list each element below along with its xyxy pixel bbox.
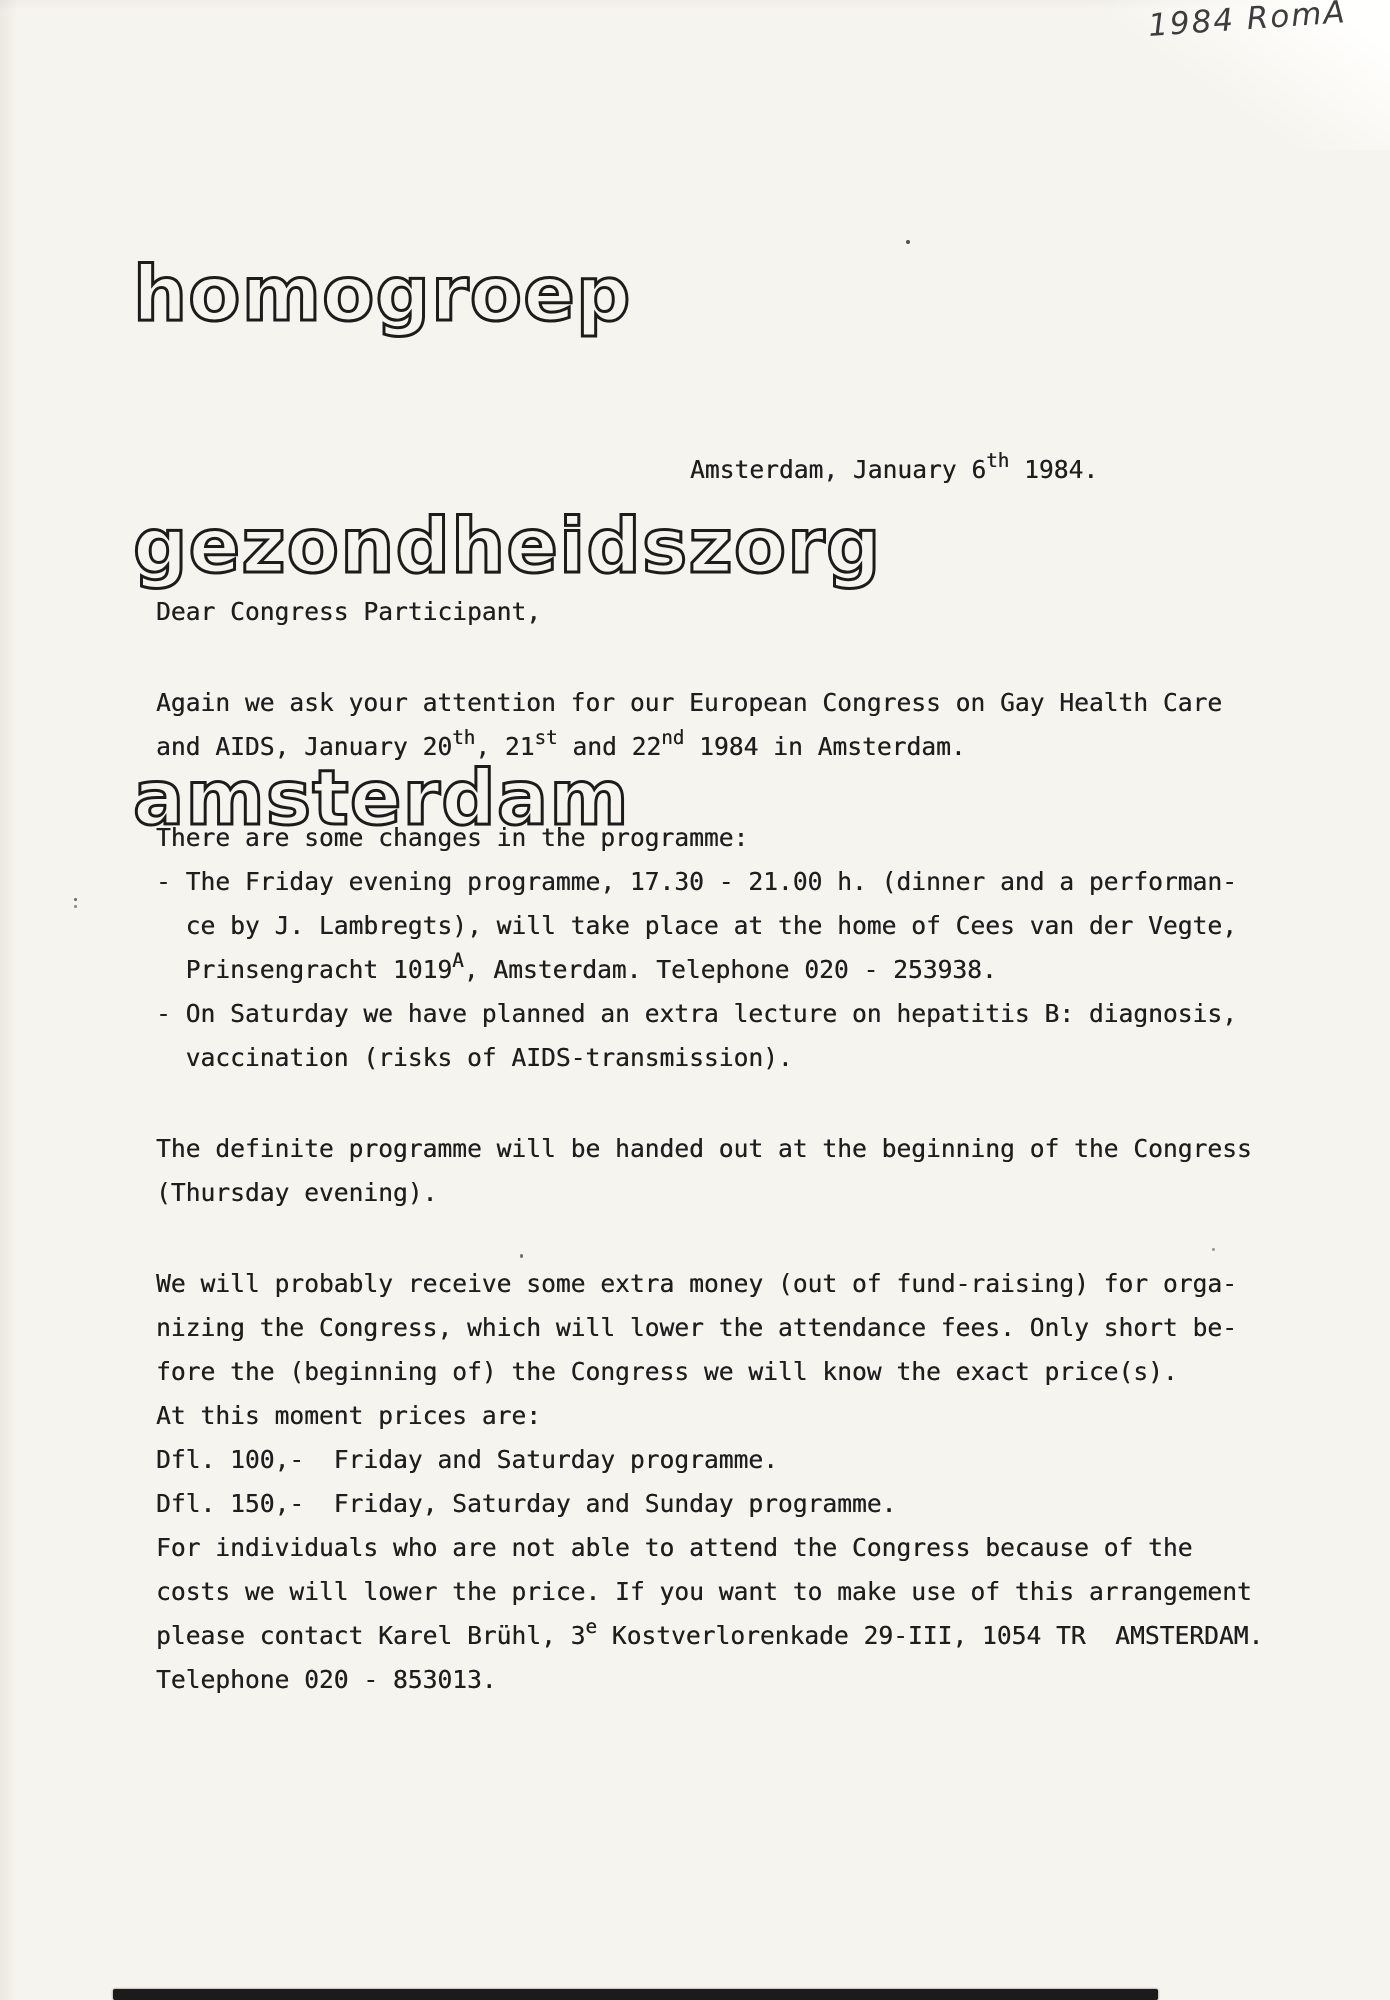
body-line: costs we will lower the price. If you wa… (156, 1570, 1263, 1614)
intro-paragraph: Again we ask your attention for our Euro… (156, 681, 1263, 769)
scanned-letter-page: 1984 RomA homogroep gezondheidszorg amst… (0, 0, 1390, 2000)
body-line: fore the (beginning of) the Congress we … (156, 1350, 1263, 1394)
scan-speck (74, 898, 77, 901)
letter-body: Dear Congress Participant, Again we ask … (156, 590, 1263, 1749)
dateline: Amsterdam, January 6th 1984. (690, 448, 1098, 492)
changes-paragraph: There are some changes in the programme:… (156, 816, 1263, 1080)
body-line: vaccination (risks of AIDS-transmission)… (156, 1036, 1263, 1080)
body-line: ce by J. Lambregts), will take place at … (156, 904, 1263, 948)
body-line: Again we ask your attention for our Euro… (156, 681, 1263, 725)
scan-speck (1212, 1248, 1215, 1251)
scan-speck (906, 240, 910, 244)
body-line: Telephone 020 - 853013. (156, 1658, 1263, 1702)
prices-paragraph: We will probably receive some extra mone… (156, 1262, 1263, 1702)
body-line: please contact Karel Brühl, 3e Kostverlo… (156, 1614, 1263, 1658)
handwritten-annotation: 1984 RomA (1147, 0, 1379, 44)
body-line: and AIDS, January 20th, 21st and 22nd 19… (156, 725, 1263, 769)
scan-edge-artifact (113, 1989, 1158, 2000)
body-line: - The Friday evening programme, 17.30 - … (156, 860, 1263, 904)
body-line: For individuals who are not able to atte… (156, 1526, 1263, 1570)
logo-line-2: gezondheidszorg (133, 504, 882, 588)
programme-paragraph: The definite programme will be handed ou… (156, 1127, 1263, 1215)
salutation: Dear Congress Participant, (156, 590, 1263, 634)
body-line: - On Saturday we have planned an extra l… (156, 992, 1263, 1036)
body-line: (Thursday evening). (156, 1171, 1263, 1215)
scan-speck (520, 1254, 523, 1258)
body-line: There are some changes in the programme: (156, 816, 1263, 860)
body-line: Prinsengracht 1019A, Amsterdam. Telephon… (156, 948, 1263, 992)
logo-line-1: homogroep (133, 252, 882, 336)
body-line: We will probably receive some extra mone… (156, 1262, 1263, 1306)
price-line: Dfl. 100,- Friday and Saturday programme… (156, 1438, 1263, 1482)
body-line: At this moment prices are: (156, 1394, 1263, 1438)
salutation-paragraph: Dear Congress Participant, (156, 590, 1263, 634)
body-line: The definite programme will be handed ou… (156, 1127, 1263, 1171)
body-line: nizing the Congress, which will lower th… (156, 1306, 1263, 1350)
price-line: Dfl. 150,- Friday, Saturday and Sunday p… (156, 1482, 1263, 1526)
